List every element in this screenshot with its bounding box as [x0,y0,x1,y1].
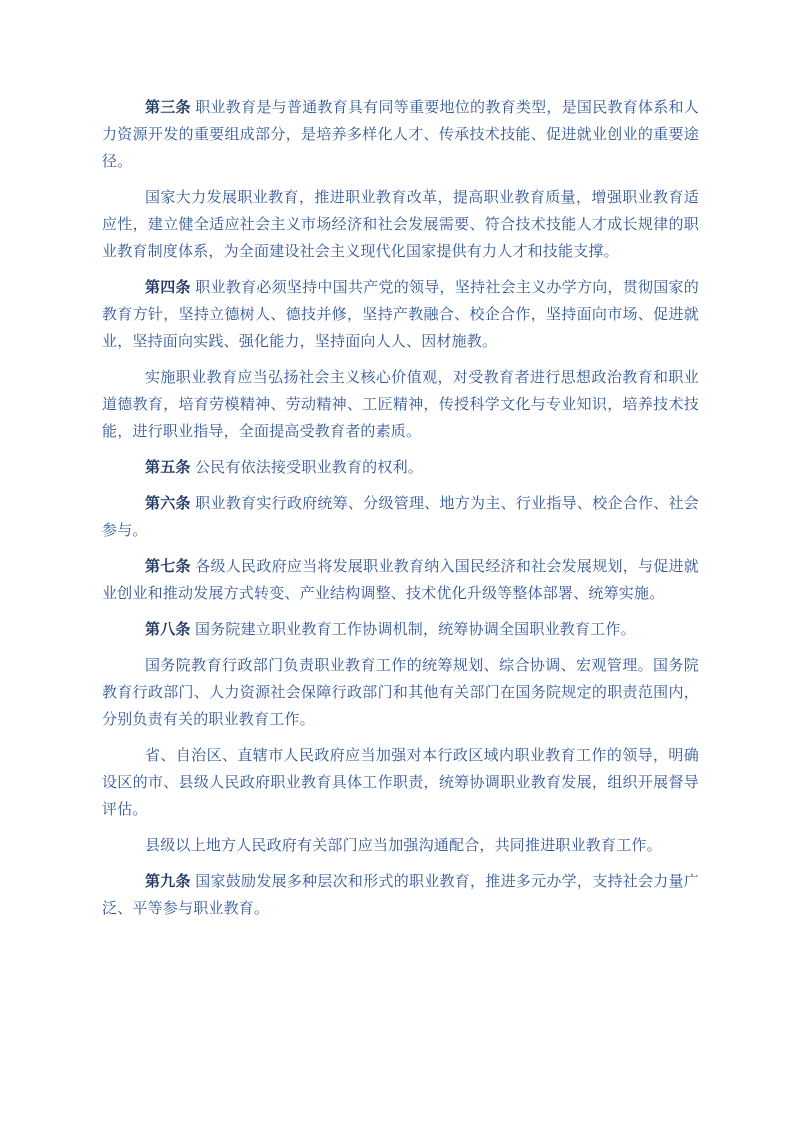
document-body: 第三条 职业教育是与普通教育具有同等重要地位的教育类型，是国民教育体系和人力资源… [102,94,699,922]
paragraph: 国务院教育行政部门负责职业教育工作的统筹规划、综合协调、宏观管理。国务院教育行政… [102,652,699,733]
paragraph-text: 职业教育实行政府统筹、分级管理、地方为主、行业指导、校企合作、社会参与。 [102,495,699,539]
article-label: 第九条 [145,873,191,890]
article-label: 第四条 [145,279,191,296]
paragraph: 第九条 国家鼓励发展多种层次和形式的职业教育，推进多元办学，支持社会力量广泛、平… [102,868,699,922]
paragraph: 第六条 职业教育实行政府统筹、分级管理、地方为主、行业指导、校企合作、社会参与。 [102,490,699,544]
paragraph: 县级以上地方人民政府有关部门应当加强沟通配合，共同推进职业教育工作。 [102,832,699,859]
paragraph: 第八条 国务院建立职业教育工作协调机制，统筹协调全国职业教育工作。 [102,616,699,643]
paragraph-text: 县级以上地方人民政府有关部门应当加强沟通配合，共同推进职业教育工作。 [145,837,662,854]
paragraph-text: 省、自治区、直辖市人民政府应当加强对本行政区域内职业教育工作的领导，明确设区的市… [102,747,699,818]
paragraph: 第三条 职业教育是与普通教育具有同等重要地位的教育类型，是国民教育体系和人力资源… [102,94,699,175]
paragraph: 第五条 公民有依法接受职业教育的权利。 [102,454,699,481]
paragraph-text: 国务院建立职业教育工作协调机制，统筹协调全国职业教育工作。 [195,621,636,638]
paragraph-text: 国务院教育行政部门负责职业教育工作的统筹规划、综合协调、宏观管理。国务院教育行政… [102,657,699,728]
paragraph-text: 职业教育必须坚持中国共产党的领导，坚持社会主义办学方向，贯彻国家的教育方针，坚持… [102,279,699,350]
paragraph-text: 职业教育是与普通教育具有同等重要地位的教育类型，是国民教育体系和人力资源开发的重… [102,99,699,170]
paragraph-text: 公民有依法接受职业教育的权利。 [195,459,423,476]
paragraph: 省、自治区、直辖市人民政府应当加强对本行政区域内职业教育工作的领导，明确设区的市… [102,742,699,823]
article-label: 第八条 [145,621,191,638]
paragraph: 国家大力发展职业教育，推进职业教育改革，提高职业教育质量，增强职业教育适应性，建… [102,184,699,265]
article-label: 第五条 [145,459,191,476]
paragraph-text: 实施职业教育应当弘扬社会主义核心价值观，对受教育者进行思想政治教育和职业道德教育… [102,369,699,440]
paragraph-text: 国家鼓励发展多种层次和形式的职业教育，推进多元办学，支持社会力量广泛、平等参与职… [102,873,699,917]
article-label: 第三条 [145,99,191,116]
paragraph-text: 国家大力发展职业教育，推进职业教育改革，提高职业教育质量，增强职业教育适应性，建… [102,189,699,260]
document-page: 第三条 职业教育是与普通教育具有同等重要地位的教育类型，是国民教育体系和人力资源… [0,0,793,1122]
paragraph-text: 各级人民政府应当将发展职业教育纳入国民经济和社会发展规划，与促进就业创业和推动发… [102,558,699,602]
article-label: 第七条 [145,558,191,575]
article-label: 第六条 [145,495,191,512]
paragraph: 第七条 各级人民政府应当将发展职业教育纳入国民经济和社会发展规划，与促进就业创业… [102,553,699,607]
paragraph: 第四条 职业教育必须坚持中国共产党的领导，坚持社会主义办学方向，贯彻国家的教育方… [102,274,699,355]
paragraph: 实施职业教育应当弘扬社会主义核心价值观，对受教育者进行思想政治教育和职业道德教育… [102,364,699,445]
